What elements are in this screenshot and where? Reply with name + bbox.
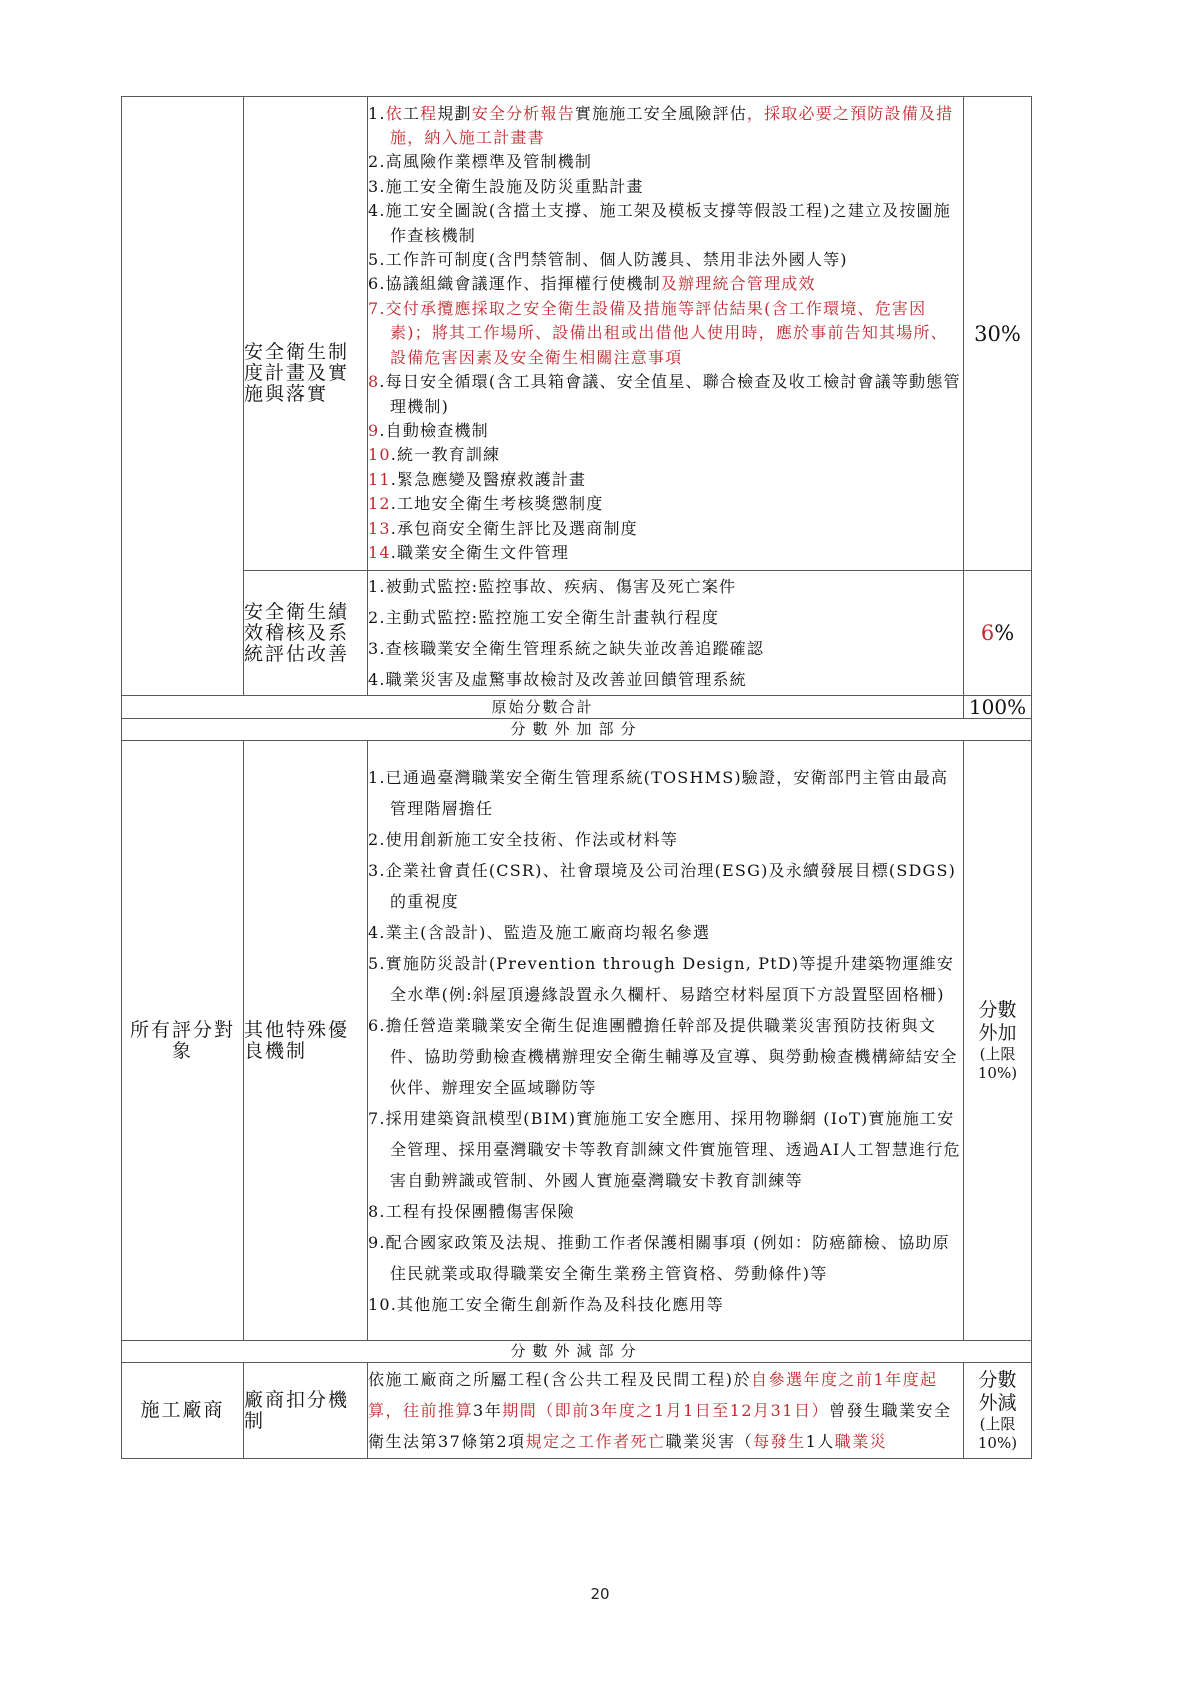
deduction-description: 依施工廠商之所屬工程(含公共工程及民間工程)於自參選年度之前1年度起算，往前推算… xyxy=(368,1363,964,1459)
list-item: 2.主動式監控:監控施工安全衛生計畫執行程度 xyxy=(368,602,963,633)
list-item: 14.職業安全衛生文件管理 xyxy=(368,541,963,565)
text-run: 4.施工安全圖說(含擋土支撐、施工架及模板支撐等假設工程)之建立及按圖施作查核機… xyxy=(368,201,951,244)
bonus-criteria-list: 1.已通過臺灣職業安全衛生管理系統(TOSHMS)驗證，安衛部門主管由最高管理階… xyxy=(368,741,964,1341)
text-run: 3.施工安全衛生設施及防災重點計畫 xyxy=(368,177,644,196)
list-item: 1.依工程規劃安全分析報告實施施工安全風險評估，採取必要之預防設備及措施，納入施… xyxy=(368,102,963,151)
cap-line-3: (上限 xyxy=(964,1415,1031,1434)
highlighted-text: 8 xyxy=(368,372,379,391)
target-cell: 所有評分對象 xyxy=(122,741,244,1341)
text-run: 1人 xyxy=(806,1432,835,1451)
text-run: 5.工作許可制度(含門禁管制、個人防護具、禁用非法外國人等) xyxy=(368,250,848,269)
list-item: 5.實施防災設計(Prevention through Design, PtD)… xyxy=(368,948,963,1010)
cap-line-2: 外加 xyxy=(964,1022,1031,1045)
text-run: .承包商安全衛生評比及選商制度 xyxy=(391,519,638,538)
list-item: 5.工作許可制度(含門禁管制、個人防護具、禁用非法外國人等) xyxy=(368,248,963,272)
criteria-list: 1.被動式監控:監控事故、疾病、傷害及死亡案件2.主動式監控:監控施工安全衛生計… xyxy=(368,571,964,696)
bonus-section-header-row: 分數外加部分 xyxy=(122,719,1032,741)
criteria-list: 1.依工程規劃安全分析報告實施施工安全風險評估，採取必要之預防設備及措施，納入施… xyxy=(368,97,964,571)
list-item: 9.配合國家政策及法規、推動工作者保護相關事項 (例如：防癌篩檢、協助原住民就業… xyxy=(368,1227,963,1289)
text-run: 3年 xyxy=(473,1401,502,1420)
highlighted-text: 每發生 xyxy=(753,1432,806,1451)
list-item: 8.工程有投保團體傷害保險 xyxy=(368,1196,963,1227)
list-item: 7.交付承攬應採取之安全衛生設備及措施等評估結果(含工作環境、危害因素)；將其工… xyxy=(368,297,963,370)
text-run: 工 xyxy=(403,104,420,123)
target-label: 所有評分對象 xyxy=(130,1019,235,1062)
list-item: 3.施工安全衛生設施及防災重點計畫 xyxy=(368,175,963,199)
cap-line-1: 分數 xyxy=(964,1369,1031,1392)
list-item: 9.自動檢查機制 xyxy=(368,419,963,443)
highlighted-text: 13 xyxy=(368,519,391,538)
cap-line-1: 分數 xyxy=(964,999,1031,1022)
highlighted-text: 規定之工作者死亡 xyxy=(526,1432,666,1451)
document-page: 安全衛生制度計畫及實施與落實 1.依工程規劃安全分析報告實施施工安全風險評估，採… xyxy=(0,0,1200,1697)
page-number: 20 xyxy=(0,1585,1200,1603)
subtotal-row: 原始分數合計 100% xyxy=(122,696,1032,719)
category-cell: 安全衛生制度計畫及實施與落實 xyxy=(244,97,368,571)
list-item: 4.職業災害及虛驚事故檢討及改善並回饋管理系統 xyxy=(368,664,963,695)
subtotal-value: 100% xyxy=(964,696,1032,719)
category-label: 安全衛生績效稽核及系統評估改善 xyxy=(244,601,349,665)
empty-target-cell xyxy=(122,97,244,696)
cap-line-3: (上限 xyxy=(964,1045,1031,1064)
weight-unit: % xyxy=(994,621,1014,645)
highlighted-text: 7.交付承攬應採取之安全衛生設備及措施等評估結果(含工作環境、危害因素)；將其工… xyxy=(368,299,948,367)
table-row-bonus: 所有評分對象 其他特殊優良機制 1.已通過臺灣職業安全衛生管理系統(TOSHMS… xyxy=(122,741,1032,1341)
list-item: 7.採用建築資訊模型(BIM)實施施工安全應用、採用物聯網 (IoT)實施施工安… xyxy=(368,1103,963,1196)
text-run: 1. xyxy=(368,104,386,123)
list-item: 12.工地安全衛生考核獎懲制度 xyxy=(368,492,963,516)
list-item: 3.企業社會責任(CSR)、社會環境及公司治理(ESG)及永續發展目標(SDGS… xyxy=(368,855,963,917)
list-item: 10.其他施工安全衛生創新作為及科技化應用等 xyxy=(368,1289,963,1320)
highlighted-text: 12 xyxy=(368,494,391,513)
list-item: 2.高風險作業標準及管制機制 xyxy=(368,150,963,174)
deduction-cap-cell: 分數 外減 (上限 10%) xyxy=(964,1363,1032,1459)
target-label: 施工廠商 xyxy=(140,1399,224,1421)
deduction-section-header: 分數外減部分 xyxy=(122,1341,1032,1363)
text-run: 規劃 xyxy=(437,104,471,123)
text-run: .統一教育訓練 xyxy=(391,445,501,464)
highlighted-text: 10 xyxy=(368,445,391,464)
list-item: 3.查核職業安全衛生管理系統之缺失並改善追蹤確認 xyxy=(368,633,963,664)
text-run: 依施工廠商之所屬工程(含公共工程及民間工程)於 xyxy=(368,1370,751,1389)
list-item: 4.施工安全圖說(含擋土支撐、施工架及模板支撐等假設工程)之建立及按圖施作查核機… xyxy=(368,199,963,248)
category-cell: 安全衛生績效稽核及系統評估改善 xyxy=(244,571,368,696)
text-run: .每日安全循環(含工具箱會議、安全值星、聯合檢查及收工檢討會議等動態管理機制) xyxy=(379,372,960,415)
weight-cell: 30% xyxy=(964,97,1032,571)
table-row-deduction: 施工廠商 廠商扣分機制 依施工廠商之所屬工程(含公共工程及民間工程)於自參選年度… xyxy=(122,1363,1032,1459)
target-cell: 施工廠商 xyxy=(122,1363,244,1459)
weight-cell: 6% xyxy=(964,571,1032,696)
text-run: 實施施工安全風險評估 xyxy=(575,104,747,123)
table-row-performance-audit: 安全衛生績效稽核及系統評估改善 1.被動式監控:監控事故、疾病、傷害及死亡案件2… xyxy=(122,571,1032,696)
highlighted-text: 及辦理統合管理成效 xyxy=(661,274,816,293)
text-run: .工地安全衛生考核獎懲制度 xyxy=(391,494,604,513)
weight-value: 30% xyxy=(974,322,1021,346)
cap-line-4: 10%) xyxy=(964,1064,1031,1083)
category-label: 其他特殊優良機制 xyxy=(244,1019,349,1062)
highlighted-text: 9 xyxy=(368,421,379,440)
highlighted-text: 14 xyxy=(368,543,391,562)
weight-number: 6 xyxy=(981,621,994,645)
evaluation-table: 安全衛生制度計畫及實施與落實 1.依工程規劃安全分析報告實施施工安全風險評估，採… xyxy=(121,96,1032,1459)
text-run: 職業災害（ xyxy=(666,1432,754,1451)
text-run: 2.高風險作業標準及管制機制 xyxy=(368,152,592,171)
highlighted-text: 程 xyxy=(420,104,437,123)
bonus-cap-cell: 分數 外加 (上限 10%) xyxy=(964,741,1032,1341)
text-run: 6.協議組織會議運作、指揮權行使機制 xyxy=(368,274,661,293)
text-run: .自動檢查機制 xyxy=(379,421,489,440)
highlighted-text: 期間（即前3年度之1月1日至12月31日） xyxy=(502,1401,829,1420)
text-run: .職業安全衛生文件管理 xyxy=(391,543,569,562)
list-item: 6.協議組織會議運作、指揮權行使機制及辦理統合管理成效 xyxy=(368,272,963,296)
list-item: 13.承包商安全衛生評比及選商制度 xyxy=(368,517,963,541)
table-row-safety-plan: 安全衛生制度計畫及實施與落實 1.依工程規劃安全分析報告實施施工安全風險評估，採… xyxy=(122,97,1032,571)
list-item: 1.被動式監控:監控事故、疾病、傷害及死亡案件 xyxy=(368,571,963,602)
text-run: .緊急應變及醫療救護計畫 xyxy=(391,470,587,489)
category-label: 安全衛生制度計畫及實施與落實 xyxy=(244,341,349,405)
highlighted-text: 職業災 xyxy=(835,1432,888,1451)
category-cell: 其他特殊優良機制 xyxy=(244,741,368,1341)
deduction-section-header-row: 分數外減部分 xyxy=(122,1341,1032,1363)
category-cell: 廠商扣分機制 xyxy=(244,1363,368,1459)
cap-line-4: 10%) xyxy=(964,1434,1031,1453)
bonus-section-header: 分數外加部分 xyxy=(122,719,1032,741)
cap-line-2: 外減 xyxy=(964,1392,1031,1415)
category-label: 廠商扣分機制 xyxy=(244,1389,349,1432)
list-item: 11.緊急應變及醫療救護計畫 xyxy=(368,468,963,492)
subtotal-label: 原始分數合計 xyxy=(122,696,964,719)
list-item: 6.擔任營造業職業安全衛生促進團體擔任幹部及提供職業災害預防技術與文件、協助勞動… xyxy=(368,1010,963,1103)
list-item: 4.業主(含設計)、監造及施工廠商均報名參選 xyxy=(368,917,963,948)
highlighted-text: 依 xyxy=(386,104,403,123)
list-item: 8.每日安全循環(含工具箱會議、安全值星、聯合檢查及收工檢討會議等動態管理機制) xyxy=(368,370,963,419)
highlighted-text: 安全分析報告 xyxy=(472,104,575,123)
highlighted-text: 11 xyxy=(368,470,391,489)
list-item: 1.已通過臺灣職業安全衛生管理系統(TOSHMS)驗證，安衛部門主管由最高管理階… xyxy=(368,762,963,824)
list-item: 2.使用創新施工安全技術、作法或材料等 xyxy=(368,824,963,855)
list-item: 10.統一教育訓練 xyxy=(368,443,963,467)
